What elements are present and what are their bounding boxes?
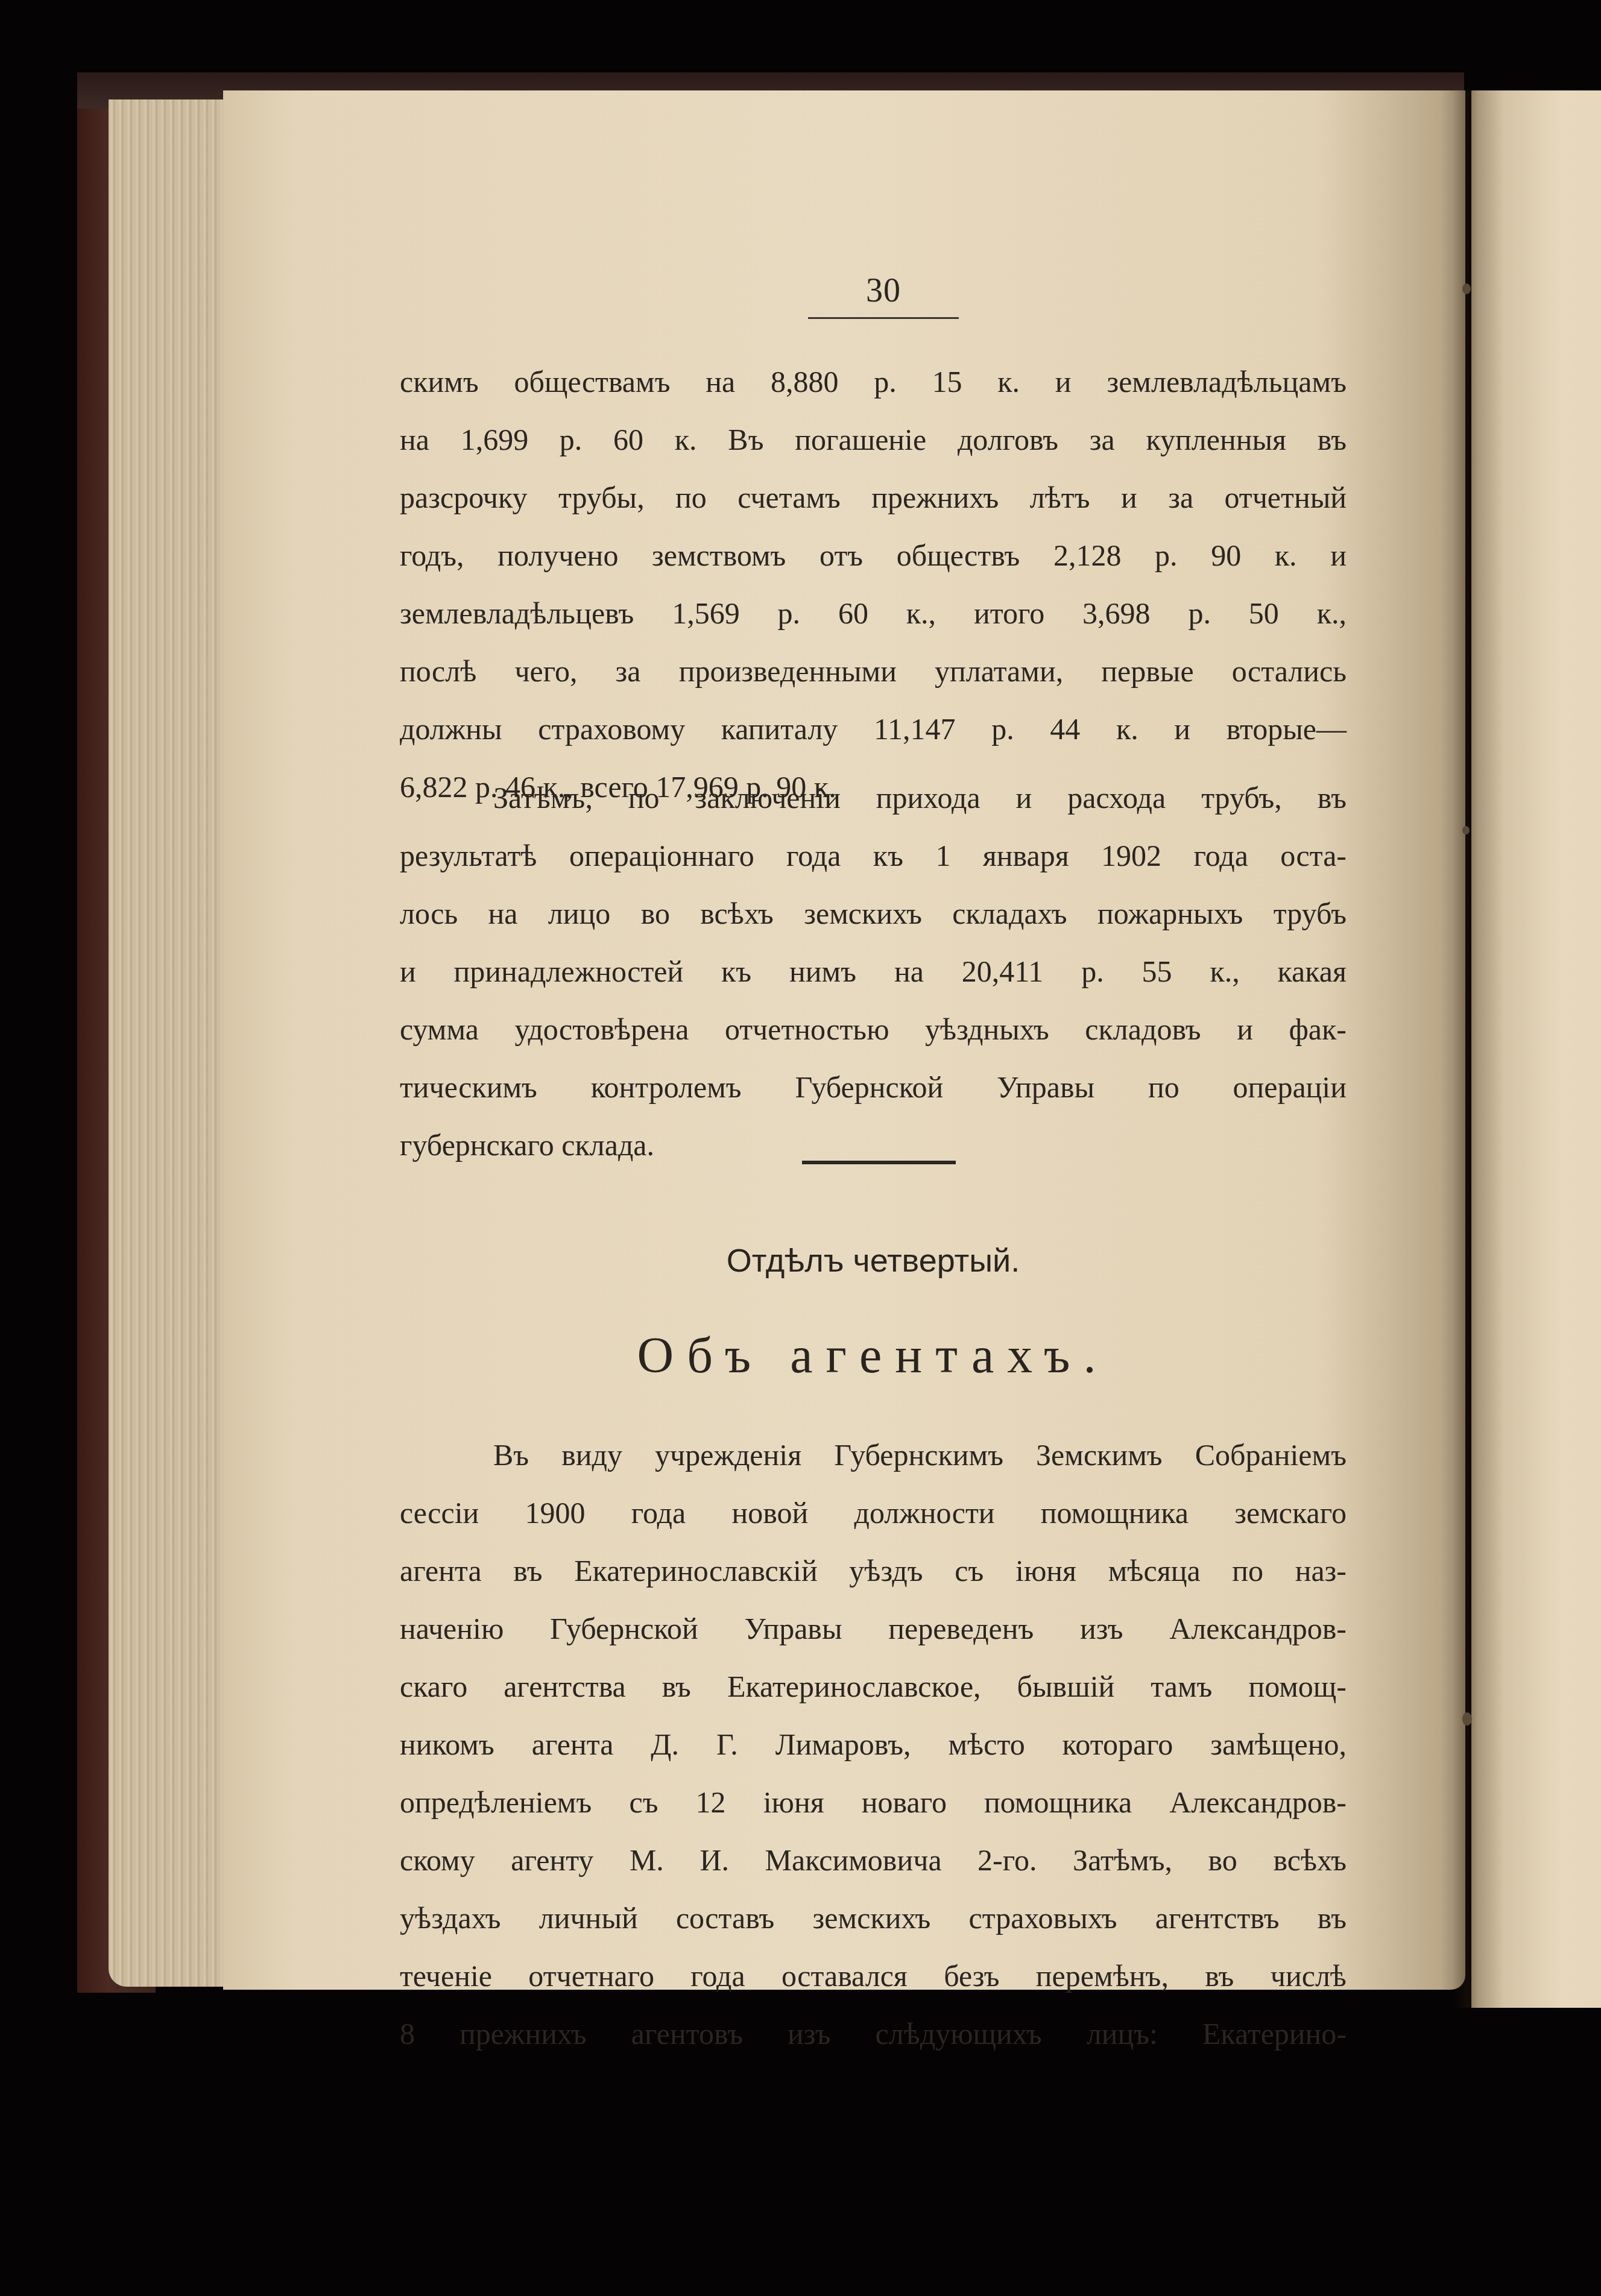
page-number-rule — [808, 317, 959, 319]
page-number: 30 — [808, 271, 959, 310]
page-tear-mark — [1462, 283, 1471, 294]
paragraph-agents: Въ виду учрежденія Губернскимъ Земскимъ … — [400, 1426, 1347, 2063]
text-line: опредѣленіемъ съ 12 іюня новаго помощник… — [400, 1773, 1347, 1831]
text-line: и принадлежностей къ нимъ на 20,411 р. 5… — [400, 942, 1347, 1000]
text-line: никомъ агента Д. Г. Лимаровъ, мѣсто кото… — [400, 1715, 1347, 1773]
paragraph-continuation: скимъ обществамъ на 8,880 р. 15 к. и зем… — [400, 353, 1347, 816]
text-line: Затѣмъ, по заключеніи прихода и расхода … — [400, 769, 1347, 827]
section-title: Объ агентахъ. — [400, 1326, 1347, 1385]
text-line: губернскаго склада. — [400, 1116, 1347, 1174]
text-line: на 1,699 р. 60 к. Въ погашеніе долговъ з… — [400, 411, 1347, 468]
text-line: скаго агентства въ Екатеринославское, бы… — [400, 1657, 1347, 1715]
text-line: сессіи 1900 года новой должности помощни… — [400, 1484, 1347, 1542]
text-line: результатѣ операціоннаго года къ 1 январ… — [400, 827, 1347, 885]
text-line: послѣ чего, за произведенными уплатами, … — [400, 642, 1347, 700]
text-line: скимъ обществамъ на 8,880 р. 15 к. и зем… — [400, 353, 1347, 411]
paragraph-summary: Затѣмъ, по заключеніи прихода и расхода … — [400, 769, 1347, 1174]
text-line: годъ, получено земствомъ отъ обществъ 2,… — [400, 526, 1347, 584]
text-line: Въ виду учрежденія Губернскимъ Земскимъ … — [400, 1426, 1347, 1484]
text-line: агента въ Екатеринославскій уѣздъ съ іюн… — [400, 1542, 1347, 1600]
text-line: сумма удостовѣрена отчетностью уѣздныхъ … — [400, 1000, 1347, 1058]
text-line: тическимъ контролемъ Губернской Управы п… — [400, 1058, 1347, 1116]
facing-page-sliver — [1471, 90, 1601, 2008]
section-divider-rule — [802, 1161, 956, 1164]
page-tear-mark — [1462, 826, 1470, 834]
text-line: наченію Губернской Управы переведенъ изъ… — [400, 1600, 1347, 1657]
text-line: скому агенту М. И. Максимовича 2-го. Зат… — [400, 1831, 1347, 1889]
page-edges-stack — [109, 99, 229, 1987]
page-tear-mark — [1462, 1712, 1472, 1726]
text-line: 8 прежнихъ агентовъ изъ слѣдующихъ лицъ:… — [400, 2005, 1347, 2063]
section-label: Отдѣлъ четвертый. — [400, 1242, 1347, 1279]
text-line: разсрочку трубы, по счетамъ прежнихъ лѣт… — [400, 468, 1347, 526]
text-line: должны страховому капиталу 11,147 р. 44 … — [400, 700, 1347, 758]
text-line: теченіе отчетнаго года оставался безъ пе… — [400, 1947, 1347, 2005]
text-line: землевладѣльцевъ 1,569 р. 60 к., итого 3… — [400, 584, 1347, 642]
text-line: лось на лицо во всѣхъ земскихъ складахъ … — [400, 885, 1347, 942]
text-line: уѣздахъ личный составъ земскихъ страховы… — [400, 1889, 1347, 1947]
